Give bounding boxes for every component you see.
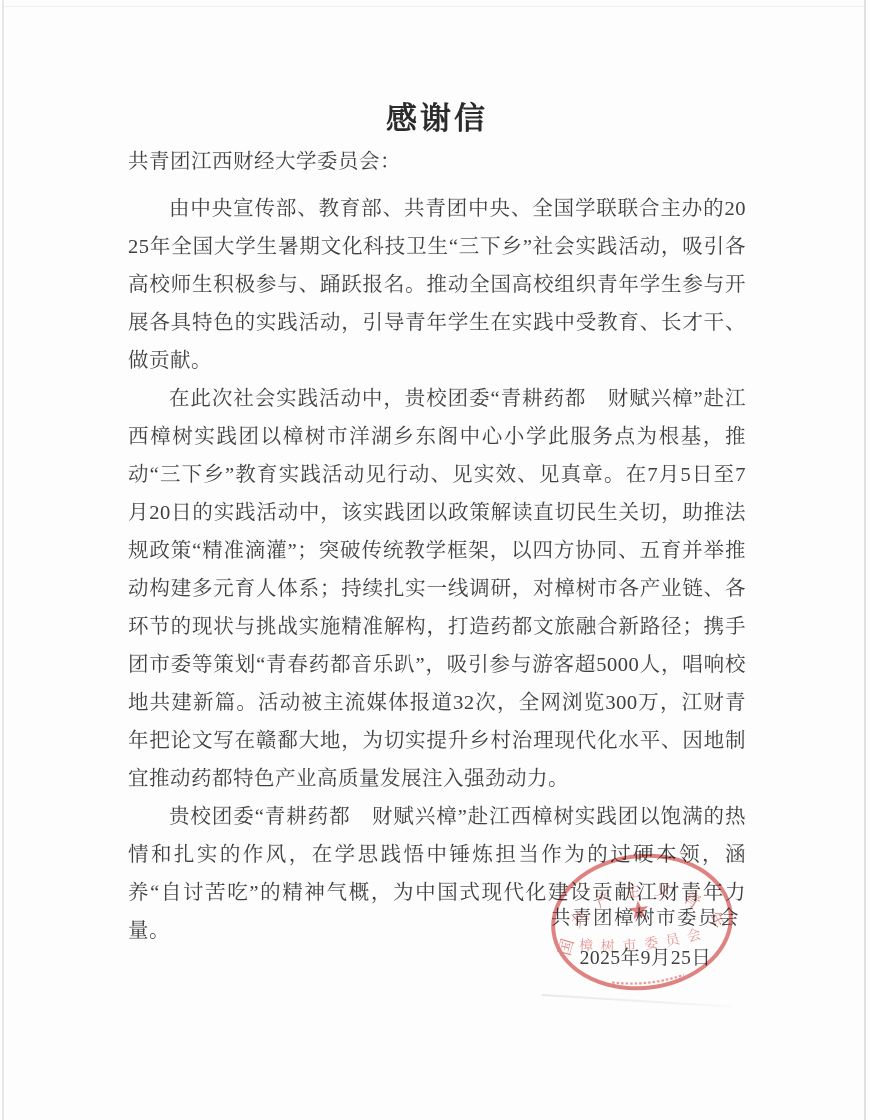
star-icon [628,899,650,920]
page-edge-top [4,6,866,7]
page-edge-right [864,0,866,1120]
letter-title: 感谢信 [128,100,746,138]
page-edge-left [2,0,4,1120]
scanned-letter-page: 感谢信 共青团江西财经大学委员会： 由中央宣传部、教育部、共青团中央、全国学联联… [0,0,870,1120]
official-seal-stamp: 中国共产主义青年团 樟树市委员会 [539,841,745,1002]
paragraph-1: 由中央宣传部、教育部、共青团中央、全国学联联合主办的2025年全国大学生暑期文化… [128,190,746,380]
stamp-org-text: 樟树市委员会 [577,923,711,960]
letter-body: 感谢信 共青团江西财经大学委员会： 由中央宣传部、教育部、共青团中央、全国学联联… [128,100,746,950]
salutation: 共青团江西财经大学委员会： [128,143,746,181]
paragraph-2: 在此次社会实践活动中，贵校团委“青耕药都 财赋兴樟”赴江西樟树实践团以樟树市洋湖… [128,380,746,798]
